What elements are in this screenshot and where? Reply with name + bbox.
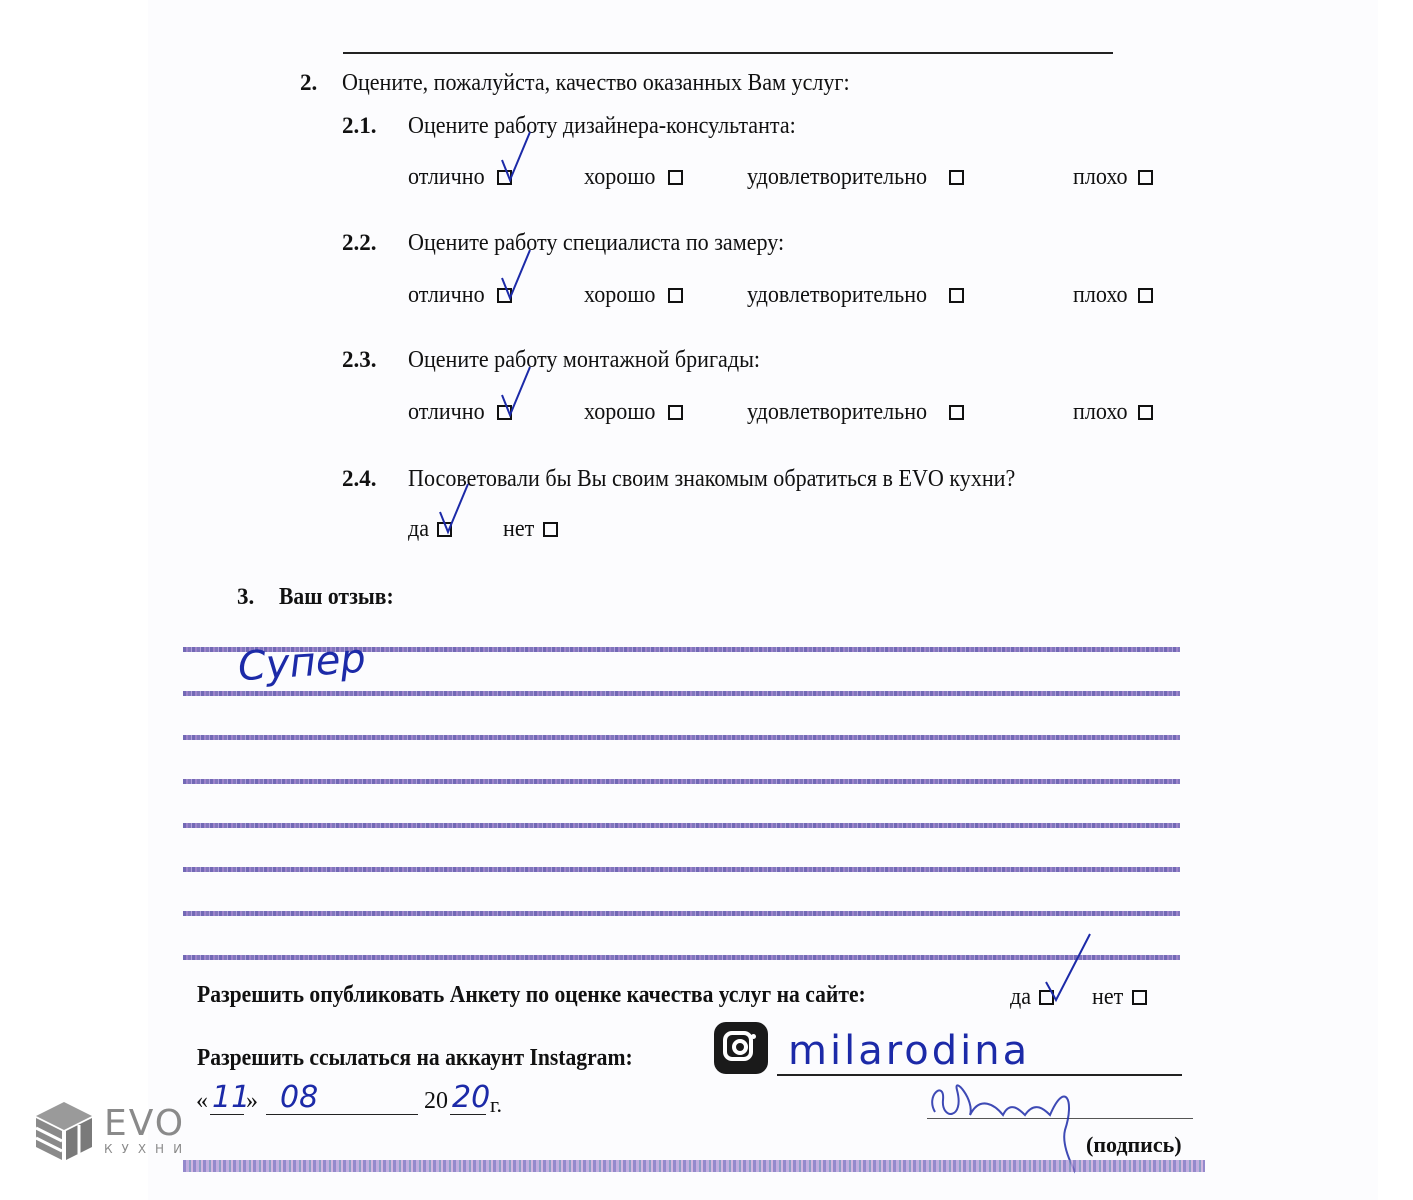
- option-0[interactable]: отлично: [408, 282, 512, 309]
- option-0[interactable]: отлично: [408, 399, 512, 426]
- q2-1-number: 2.1.: [342, 113, 377, 139]
- instagram-icon: [714, 1022, 768, 1074]
- q2-3-text: Оцените работу монтажной бригады:: [408, 347, 760, 374]
- option-checkbox[interactable]: [668, 170, 683, 185]
- q2-number: 2.: [300, 70, 317, 96]
- option-checkbox[interactable]: [497, 405, 512, 420]
- logo-subtitle: КУХНИ: [104, 1142, 191, 1156]
- option-1[interactable]: хорошо: [584, 282, 683, 309]
- feedback-line: [183, 955, 1180, 960]
- option-checkbox[interactable]: [668, 405, 683, 420]
- option-label: нет: [503, 516, 534, 543]
- top-underline: [343, 52, 1113, 54]
- date-close-quote: »: [246, 1088, 258, 1115]
- option-label: плохо: [1073, 399, 1128, 426]
- option-3[interactable]: плохо: [1073, 399, 1153, 426]
- publish-permission-text: Разрешить опубликовать Анкету по оценке …: [197, 982, 866, 1009]
- q2-2-text: Оцените работу специалиста по замеру:: [408, 230, 784, 257]
- option-label: хорошо: [584, 399, 655, 426]
- option-3[interactable]: плохо: [1073, 282, 1153, 309]
- date-month[interactable]: 08: [280, 1080, 318, 1115]
- option-checkbox[interactable]: [949, 288, 964, 303]
- option-label: отлично: [408, 282, 485, 309]
- option-label: удовлетворительно: [747, 282, 927, 309]
- signature-line: [927, 1118, 1193, 1119]
- date-year-line: [450, 1114, 486, 1115]
- q3-number: 3.: [237, 584, 254, 610]
- feedback-line: [183, 735, 1180, 740]
- publish-yes-label: да: [1010, 984, 1031, 1011]
- option-label: отлично: [408, 399, 485, 426]
- feedback-line: [183, 911, 1180, 916]
- publish-option-yes[interactable]: да: [1010, 984, 1054, 1011]
- feedback-line: [183, 867, 1180, 872]
- q3-text: Ваш отзыв:: [279, 584, 394, 611]
- option-2[interactable]: удовлетворительно: [747, 164, 964, 191]
- q2-3-number: 2.3.: [342, 347, 377, 373]
- option-label: хорошо: [584, 164, 655, 191]
- option-0[interactable]: да: [408, 516, 452, 543]
- publish-no-label: нет: [1092, 984, 1123, 1011]
- bottom-band: [183, 1160, 1205, 1172]
- date-year-prefix: 20: [424, 1088, 448, 1115]
- option-3[interactable]: плохо: [1073, 164, 1153, 191]
- publish-yes-checkbox[interactable]: [1039, 990, 1054, 1005]
- q2-4-text: Посоветовали бы Вы своим знакомым обрати…: [408, 466, 1015, 493]
- publish-option-no[interactable]: нет: [1092, 984, 1147, 1011]
- option-checkbox[interactable]: [543, 522, 558, 537]
- option-checkbox[interactable]: [437, 522, 452, 537]
- q2-4-number: 2.4.: [342, 466, 377, 492]
- option-label: плохо: [1073, 164, 1128, 191]
- option-checkbox[interactable]: [949, 170, 964, 185]
- date-year-unit: г.: [490, 1092, 502, 1118]
- feedback-answer[interactable]: Супер: [237, 636, 368, 691]
- date-open-quote: «: [196, 1088, 208, 1115]
- option-2[interactable]: удовлетворительно: [747, 399, 964, 426]
- q2-2-number: 2.2.: [342, 230, 377, 256]
- option-label: удовлетворительно: [747, 164, 927, 191]
- instagram-handle[interactable]: milarodina: [788, 1028, 1030, 1074]
- q2-1-text: Оцените работу дизайнера-консультанта:: [408, 113, 796, 140]
- option-checkbox[interactable]: [1138, 405, 1153, 420]
- option-checkbox[interactable]: [1138, 288, 1153, 303]
- option-checkbox[interactable]: [668, 288, 683, 303]
- option-checkbox[interactable]: [949, 405, 964, 420]
- publish-no-checkbox[interactable]: [1132, 990, 1147, 1005]
- date-day[interactable]: 11: [212, 1080, 250, 1115]
- feedback-line: [183, 823, 1180, 828]
- date-year-suffix[interactable]: 20: [452, 1080, 490, 1115]
- option-0[interactable]: отлично: [408, 164, 512, 191]
- option-1[interactable]: хорошо: [584, 164, 683, 191]
- date-day-line: [210, 1114, 244, 1115]
- option-1[interactable]: нет: [503, 516, 558, 543]
- option-1[interactable]: хорошо: [584, 399, 683, 426]
- signature-caption: (подпись): [1086, 1132, 1182, 1158]
- option-label: хорошо: [584, 282, 655, 309]
- feedback-line: [183, 691, 1180, 696]
- option-checkbox[interactable]: [497, 288, 512, 303]
- instagram-handle-line: [777, 1074, 1182, 1076]
- date-month-line: [266, 1114, 418, 1115]
- option-label: да: [408, 516, 429, 543]
- option-label: отлично: [408, 164, 485, 191]
- cube-logo-icon: [34, 1100, 94, 1162]
- instagram-permission-text: Разрешить ссылаться на аккаунт Instagram…: [197, 1045, 633, 1072]
- option-checkbox[interactable]: [1138, 170, 1153, 185]
- feedback-line: [183, 779, 1180, 784]
- logo-name: EVO: [104, 1106, 191, 1142]
- option-2[interactable]: удовлетворительно: [747, 282, 964, 309]
- option-checkbox[interactable]: [497, 170, 512, 185]
- evo-logo: EVO КУХНИ: [34, 1100, 191, 1162]
- option-label: удовлетворительно: [747, 399, 927, 426]
- q2-text: Оцените, пожалуйста, качество оказанных …: [342, 70, 850, 97]
- option-label: плохо: [1073, 282, 1128, 309]
